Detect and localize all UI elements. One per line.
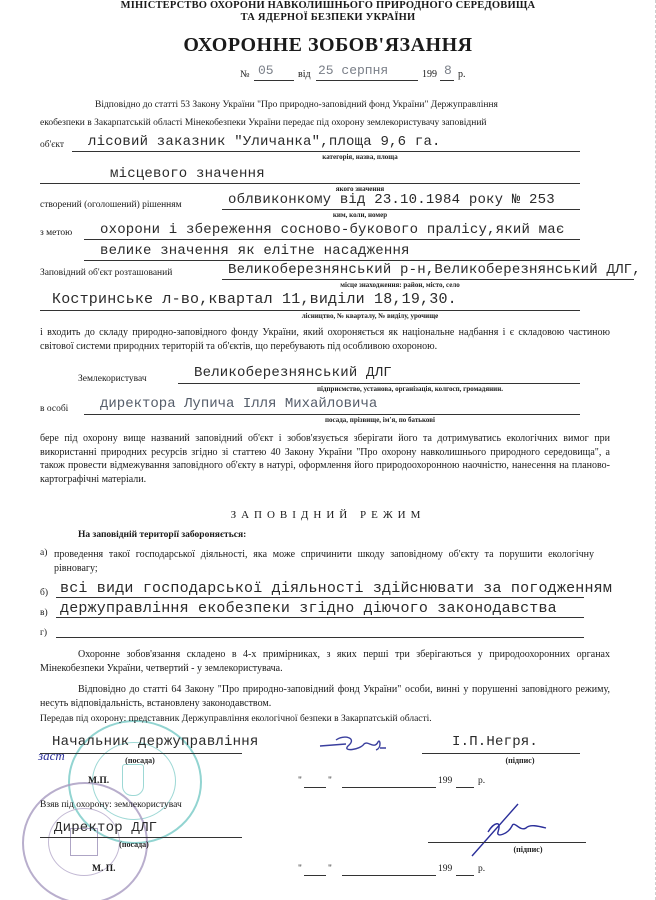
date-suffix: р. xyxy=(478,776,485,786)
year-digit: 8 xyxy=(444,64,452,78)
regime-item-d-letter: г) xyxy=(40,628,47,638)
fund-text: і входить до складу природно-заповідного… xyxy=(40,326,610,353)
location-caption-1: місце знаходження: район, місто, село xyxy=(270,281,530,289)
document-number: 05 xyxy=(258,64,274,78)
location-caption-2: лісництво, № кварталу, № виділу, урочище xyxy=(240,312,500,320)
purpose-line-1: охорони і збереження сосново-букового пр… xyxy=(100,222,564,238)
created-caption: ким, коли, номер xyxy=(280,211,440,219)
regime-item-b-text: всі види господарської діяльності здійсн… xyxy=(60,580,612,597)
date-label: від xyxy=(298,68,311,82)
receiver-position-caption: (посада) xyxy=(104,840,164,849)
object-value: лісовий заказник "Уличанка",площа 9,6 га… xyxy=(88,134,441,150)
prohibited-label: На заповідній території забороняється: xyxy=(78,530,246,540)
created-value: облвиконкому від 23.10.1984 року № 253 xyxy=(228,192,555,208)
location-line-2: Костринське л-во,квартал 11,виділи 18,19… xyxy=(52,291,457,308)
giver-annotation: заст xyxy=(38,748,65,764)
date-quote-open: " xyxy=(298,776,302,786)
object-label: об'єкт xyxy=(40,140,64,150)
date-quote-close: " xyxy=(328,776,332,786)
giver-name: І.П.Негря. xyxy=(452,734,538,750)
purpose-line-2: велике значення як елітне насадження xyxy=(100,243,410,259)
liability-text: Відповідно до статті 64 Закону "Про прир… xyxy=(40,683,610,710)
object-caption: категорія, назва, площа xyxy=(280,153,440,161)
intro-line-1: Відповідно до статті 53 Закону України "… xyxy=(95,100,498,110)
receiver-stamp-label: М. П. xyxy=(92,864,115,874)
person-label: в особі xyxy=(40,404,68,414)
document-title: ОХОРОННЕ ЗОБОВ'ЯЗАННЯ xyxy=(0,34,656,57)
ministry-line-1: МІНІСТЕРСТВО ОХОРОНИ НАВКОЛИШНЬОГО ПРИРО… xyxy=(0,0,656,11)
purpose-label: з метою xyxy=(40,228,72,238)
obligation-text: бере під охорону вище названий заповідни… xyxy=(40,432,610,486)
copies-text: Охоронне зобов'язання складено в 4-х при… xyxy=(40,648,610,675)
person-caption: посада, прізвище, ім'я, по батькові xyxy=(250,416,510,424)
location-label: Заповідний об'єкт розташований xyxy=(40,268,172,278)
regime-item-c-text: держуправління екобезпеки згідно діючого… xyxy=(60,600,557,617)
date-quote-open: " xyxy=(298,864,302,874)
user-value: Великоберезнянський ДЛГ xyxy=(194,365,392,381)
year-prefix: 199 xyxy=(422,68,437,82)
number-label: № xyxy=(240,68,250,82)
giver-position-caption: (посада) xyxy=(110,756,170,765)
giver-stamp-label: М.П. xyxy=(88,776,109,786)
date-year: 199 xyxy=(438,776,452,786)
date-suffix: р. xyxy=(478,864,485,874)
giver-signature-caption: (підпис) xyxy=(490,756,550,765)
regime-item-b-letter: б) xyxy=(40,588,48,598)
user-label: Землекористувач xyxy=(78,374,147,384)
transferred-label: Передав під охорону: представник Держупр… xyxy=(40,714,432,724)
date-year: 199 xyxy=(438,864,452,874)
intro-line-2: екобезпеки в Закарпатській області Мінек… xyxy=(40,118,486,128)
document-date: 25 серпня xyxy=(318,64,388,78)
giver-signature xyxy=(318,732,388,758)
created-label: створений (оголошений) рішенням xyxy=(40,200,182,210)
receiver-signature-caption: (підпис) xyxy=(498,845,558,854)
user-caption: підприємство, установа, організація, кол… xyxy=(250,385,570,393)
ministry-line-2: ТА ЯДЕРНОЇ БЕЗПЕКИ УКРАЇНИ xyxy=(0,12,656,23)
regime-heading: ЗАПОВІДНИЙ РЕЖИМ xyxy=(0,509,656,521)
year-suffix: р. xyxy=(458,68,466,82)
significance-value: місцевого значення xyxy=(110,166,265,182)
regime-item-a-text: проведення такої господарської діяльност… xyxy=(54,548,594,575)
location-line-1: Великоберезнянський р-н,Великоберезнянсь… xyxy=(228,262,641,278)
regime-item-a-letter: а) xyxy=(40,548,47,558)
received-label: Взяв під охорону: землекористувач xyxy=(40,800,182,810)
regime-item-c-letter: в) xyxy=(40,608,48,618)
person-value: директора Лупича Ілля Михайловича xyxy=(100,396,377,412)
giver-position: Начальник держуправління xyxy=(52,734,258,750)
date-quote-close: " xyxy=(328,864,332,874)
trident-icon xyxy=(122,764,144,796)
receiver-position: Директор ДЛГ xyxy=(54,820,157,836)
